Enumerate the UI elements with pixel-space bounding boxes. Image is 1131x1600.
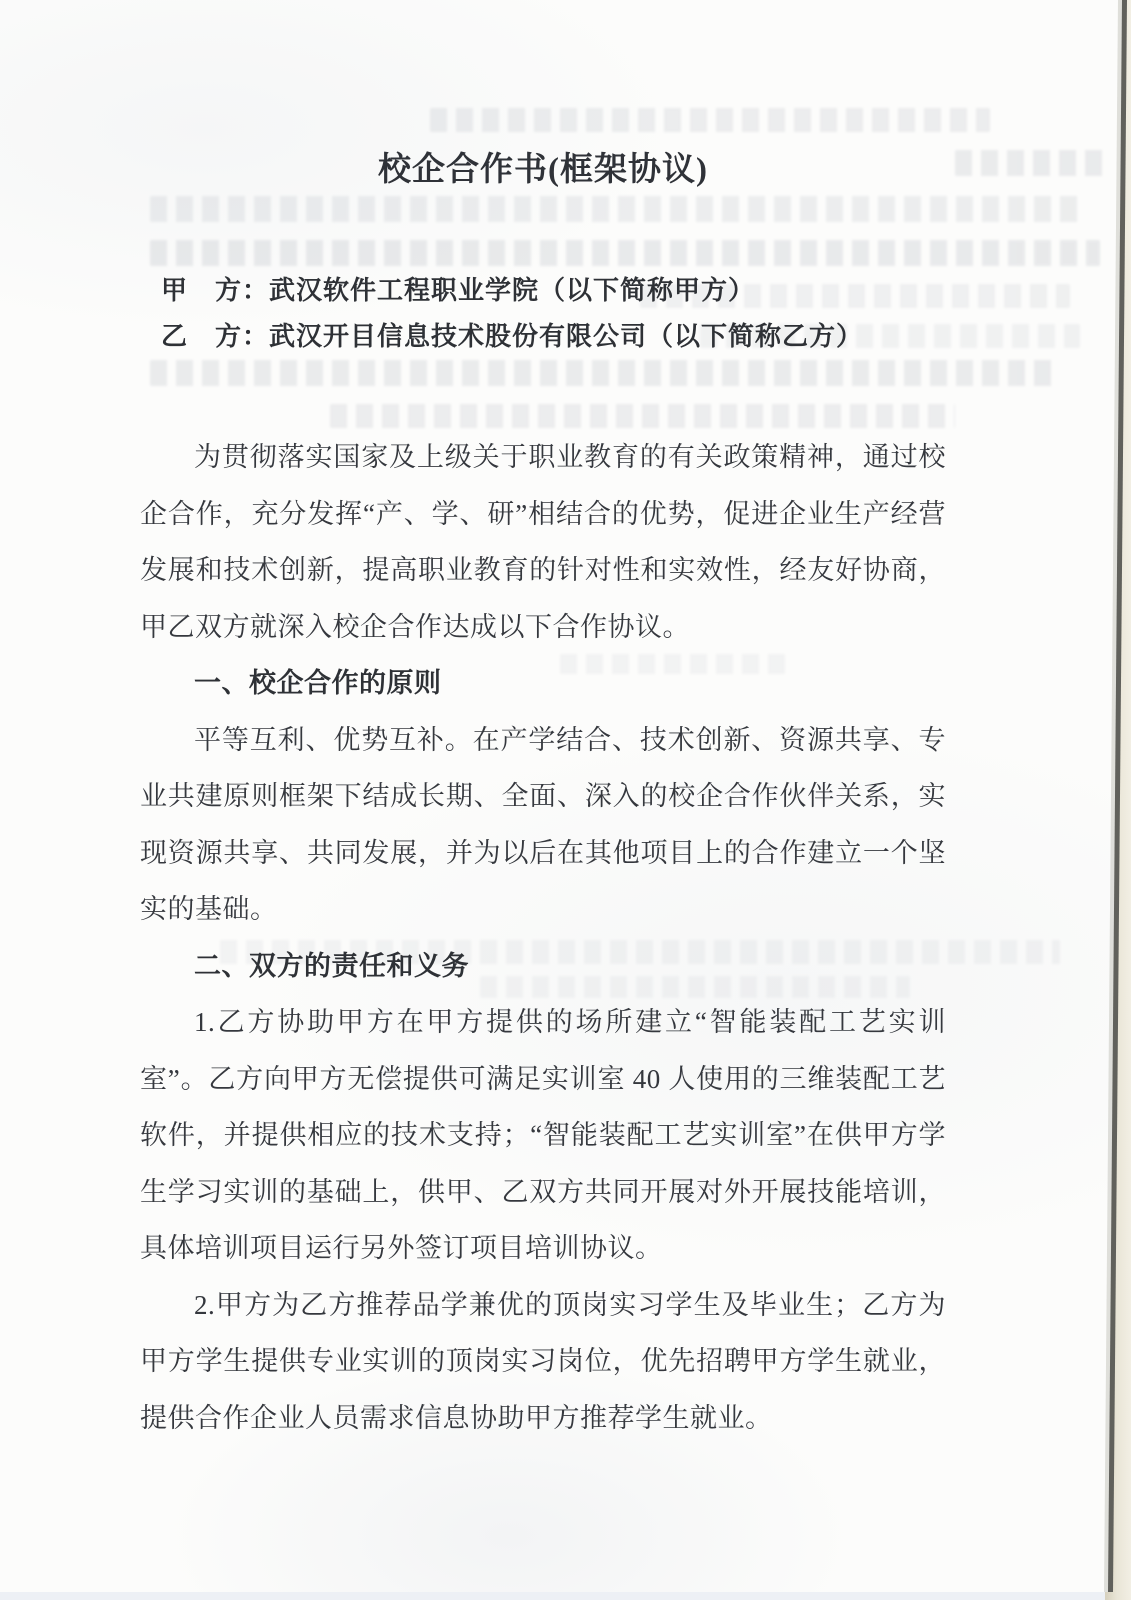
section-2-heading: 二、双方的责任和义务 [140, 938, 946, 995]
party-a-name: 武汉软件工程职业学院（以下简称甲方） [269, 276, 755, 305]
paper-sheet: 校企合作书(框架协议) 甲 方：武汉软件工程职业学院（以下简称甲方） 乙 方：武… [0, 0, 1131, 1600]
party-b-name: 武汉开目信息技术股份有限公司（以下简称乙方） [269, 322, 863, 351]
bleed-through-artifact [150, 196, 1085, 222]
section-2-paragraph-2: 2.甲方为乙方推荐品学兼优的顶岗实习学生及毕业生；乙方为甲方学生提供专业实训的顶… [140, 1277, 946, 1447]
party-a-label: 甲 方： [161, 276, 269, 305]
bleed-through-artifact [150, 360, 1055, 386]
document-body: 为贯彻落实国家及上级关于职业教育的有关政策精神，通过校企合作，充分发挥“产、学、… [140, 429, 946, 1446]
parties-block: 甲 方：武汉软件工程职业学院（以下简称甲方） 乙 方：武汉开目信息技术股份有限公… [161, 268, 961, 360]
bleed-through-artifact [955, 150, 1105, 176]
section-1-heading: 一、校企合作的原则 [140, 655, 946, 712]
party-a-line: 甲 方：武汉软件工程职业学院（以下简称甲方） [161, 268, 961, 314]
scanner-bed-bottom-strip [0, 1591, 1131, 1600]
scanned-document-page: 校企合作书(框架协议) 甲 方：武汉软件工程职业学院（以下简称甲方） 乙 方：武… [0, 0, 1131, 1600]
party-b-label: 乙 方： [161, 322, 269, 351]
bleed-through-artifact [430, 108, 990, 132]
document-title: 校企合作书(框架协议) [140, 150, 946, 190]
party-b-line: 乙 方：武汉开目信息技术股份有限公司（以下简称乙方） [161, 314, 961, 360]
section-1-paragraph-1: 平等互利、优势互补。在产学结合、技术创新、资源共享、专业共建原则框架下结成长期、… [140, 712, 946, 938]
preamble-paragraph: 为贯彻落实国家及上级关于职业教育的有关政策精神，通过校企合作，充分发挥“产、学、… [140, 429, 946, 655]
bleed-through-artifact [330, 404, 955, 428]
bleed-through-artifact [150, 240, 1100, 266]
section-2-paragraph-1: 1.乙方协助甲方在甲方提供的场所建立“智能装配工艺实训室”。乙方向甲方无偿提供可… [140, 994, 946, 1277]
